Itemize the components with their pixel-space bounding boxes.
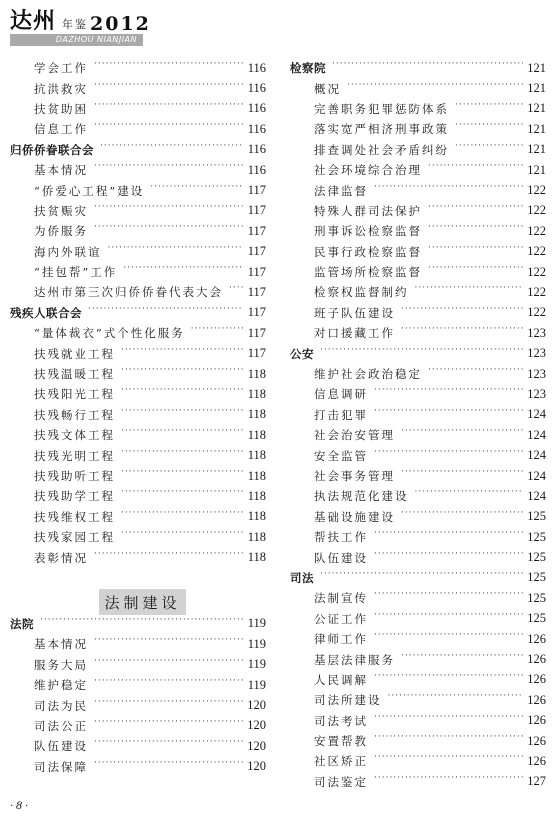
toc-page-number: 117 xyxy=(243,224,266,239)
toc-entry-label: 扶残助听工程 xyxy=(10,468,121,484)
dot-leader xyxy=(100,144,243,156)
dot-leader xyxy=(374,755,523,767)
toc-entry[interactable]: 社会事务管理124 xyxy=(290,466,546,486)
dot-leader xyxy=(428,368,523,380)
toc-page-number: 126 xyxy=(523,734,546,749)
dot-leader xyxy=(108,246,244,258)
toc-entry[interactable]: 监管场所检察监督122 xyxy=(290,262,546,282)
toc-entry[interactable]: 对口援藏工作123 xyxy=(290,323,546,343)
toc-entry[interactable]: 检察权监督制约122 xyxy=(290,282,546,302)
toc-entry-label: 安全监管 xyxy=(290,448,374,464)
toc-entry[interactable]: 司法鉴定127 xyxy=(290,772,546,792)
logo-year: 2012 xyxy=(90,13,151,35)
toc-page-number: 124 xyxy=(523,469,546,484)
toc-entry-label: 海内外联谊 xyxy=(10,244,108,260)
dot-leader xyxy=(401,327,523,339)
toc-entry[interactable]: 概况121 xyxy=(290,78,546,98)
toc-page-number: 125 xyxy=(523,591,546,606)
toc-entry-label: 司法 xyxy=(290,570,320,586)
toc-entry-label: 基本情况 xyxy=(10,162,94,178)
toc-page-number: 118 xyxy=(243,509,266,524)
toc-entry-label: 安置帮教 xyxy=(290,733,374,749)
dot-leader xyxy=(320,572,523,584)
toc-page-number: 117 xyxy=(243,203,266,218)
toc-page-number: 120 xyxy=(243,698,266,713)
toc-entry-label: 扶残家园工程 xyxy=(10,529,121,545)
toc-entry[interactable]: 扶残家园工程118 xyxy=(10,527,266,547)
page-number: · 8 · xyxy=(10,798,28,813)
toc-entry[interactable]: 扶残温暖工程118 xyxy=(10,364,266,384)
toc-entry[interactable]: 班子队伍建设122 xyxy=(290,303,546,323)
dot-leader xyxy=(374,613,523,625)
dot-leader xyxy=(388,694,524,706)
toc-entry[interactable]: 维护稳定119 xyxy=(10,675,266,695)
toc-entry-label: 抗洪救灾 xyxy=(10,81,94,97)
toc-entry[interactable]: “侨爱心工程”建设117 xyxy=(10,180,266,200)
toc-entry-label: 帮扶工作 xyxy=(290,529,374,545)
toc-page-number: 122 xyxy=(523,244,546,259)
toc-entry-label: 监管场所检察监督 xyxy=(290,264,428,280)
toc-entry-label: “挂包帮”工作 xyxy=(10,264,123,280)
toc-entry[interactable]: 安置帮教126 xyxy=(290,731,546,751)
toc-entry[interactable]: 司法为民120 xyxy=(10,695,266,715)
toc-heading[interactable]: 法院119 xyxy=(10,614,266,634)
toc-entry[interactable]: 民事行政检察监督122 xyxy=(290,242,546,262)
dot-leader xyxy=(374,409,523,421)
dot-leader xyxy=(94,638,243,650)
toc-entry[interactable]: 维护社会政治稳定123 xyxy=(290,364,546,384)
toc-group-1: 学会工作116抗洪救灾116扶贫助困116信息工作116归侨侨眷联合会116基本… xyxy=(10,58,266,568)
toc-entry[interactable]: 排查调处社会矛盾纠纷121 xyxy=(290,140,546,160)
dot-leader xyxy=(121,429,243,441)
dot-leader xyxy=(320,348,523,360)
toc-page-number: 118 xyxy=(243,489,266,504)
dot-leader xyxy=(121,450,243,462)
toc-entry[interactable]: 刑事诉讼检察监督122 xyxy=(290,221,546,241)
toc-entry-label: 扶残温暖工程 xyxy=(10,366,121,382)
toc-heading[interactable]: 检察院121 xyxy=(290,58,546,78)
toc-page-number: 116 xyxy=(243,142,266,157)
toc-entry-label: 社会治安管理 xyxy=(290,427,401,443)
toc-entry[interactable]: 队伍建设120 xyxy=(10,736,266,756)
toc-page-number: 124 xyxy=(523,489,546,504)
toc-page-number: 118 xyxy=(243,407,266,422)
logo-title: 达州 xyxy=(10,4,56,35)
toc-entry[interactable]: 为侨服务117 xyxy=(10,221,266,241)
toc-entry[interactable]: 扶残文体工程118 xyxy=(10,425,266,445)
toc-entry-label: 扶贫助困 xyxy=(10,101,94,117)
yearbook-header: 达州 年鉴 2012 DAZHOU NIANJIAN xyxy=(10,4,145,48)
toc-entry-label: 基本情况 xyxy=(10,636,94,652)
toc-entry[interactable]: 扶残助学工程118 xyxy=(10,486,266,506)
toc-left-column: 学会工作116抗洪救灾116扶贫助困116信息工作116归侨侨眷联合会116基本… xyxy=(10,58,266,777)
dot-leader xyxy=(401,511,523,523)
dot-leader xyxy=(374,552,523,564)
toc-page-number: 116 xyxy=(243,122,266,137)
toc-heading[interactable]: 司法125 xyxy=(290,568,546,588)
toc-entry[interactable]: 信息调研123 xyxy=(290,384,546,404)
toc-entry-label: 司法公正 xyxy=(10,718,94,734)
toc-page-number: 121 xyxy=(523,142,546,157)
toc-entry-label: “侨爱心工程”建设 xyxy=(10,183,150,199)
toc-entry[interactable]: 达州市第三次归侨侨眷代表大会117 xyxy=(10,282,266,302)
toc-entry-label: 信息调研 xyxy=(290,386,374,402)
toc-entry-label: 维护稳定 xyxy=(10,677,94,693)
toc-heading[interactable]: 归侨侨眷联合会116 xyxy=(10,140,266,160)
toc-entry[interactable]: 执法规范化建设124 xyxy=(290,486,546,506)
dot-leader xyxy=(94,761,243,773)
dot-leader xyxy=(428,205,523,217)
toc-entry[interactable]: 学会工作116 xyxy=(10,58,266,78)
toc-page-number: 119 xyxy=(243,637,266,652)
toc-page-number: 125 xyxy=(523,530,546,545)
toc-entry[interactable]: 扶残就业工程117 xyxy=(10,343,266,363)
logo-subtitle: 年鉴 xyxy=(62,16,88,32)
dot-leader xyxy=(428,246,523,258)
toc-page-number: 121 xyxy=(523,122,546,137)
toc-entry[interactable]: 打击犯罪124 xyxy=(290,405,546,425)
dot-leader xyxy=(121,490,243,502)
toc-page-number: 116 xyxy=(243,81,266,96)
toc-entry[interactable]: 扶残助听工程118 xyxy=(10,466,266,486)
toc-page-number: 118 xyxy=(243,530,266,545)
toc-page-number: 126 xyxy=(523,672,546,687)
toc-page-number: 122 xyxy=(523,224,546,239)
toc-page-number: 117 xyxy=(243,326,266,341)
toc-page-number: 122 xyxy=(523,203,546,218)
dot-leader xyxy=(121,531,243,543)
toc-page-number: 120 xyxy=(243,759,266,774)
dot-leader xyxy=(121,388,243,400)
toc-entry[interactable]: 完善职务犯罪惩防体系121 xyxy=(290,99,546,119)
dot-leader xyxy=(374,674,523,686)
toc-page-number: 118 xyxy=(243,367,266,382)
toc-entry[interactable]: 队伍建设125 xyxy=(290,547,546,567)
toc-entry-label: 扶残光明工程 xyxy=(10,448,121,464)
dot-leader xyxy=(229,286,243,298)
toc-entry[interactable]: 扶残维权工程118 xyxy=(10,507,266,527)
toc-entry[interactable]: 社会治安管理124 xyxy=(290,425,546,445)
dot-leader xyxy=(415,490,524,502)
toc-entry[interactable]: 海内外联谊117 xyxy=(10,242,266,262)
dot-leader xyxy=(455,144,523,156)
toc-entry-label: 特殊人群司法保护 xyxy=(290,203,428,219)
toc-page-number: 117 xyxy=(243,346,266,361)
toc-heading[interactable]: 公安123 xyxy=(290,343,546,363)
toc-page-number: 124 xyxy=(523,428,546,443)
dot-leader xyxy=(428,266,523,278)
toc-entry-label: 法制宣传 xyxy=(290,590,374,606)
dot-leader xyxy=(374,715,523,727)
dot-leader xyxy=(374,735,523,747)
toc-page-number: 124 xyxy=(523,448,546,463)
toc-entry-label: 班子队伍建设 xyxy=(290,305,401,321)
toc-entry-label: 人民调解 xyxy=(290,672,374,688)
toc-entry[interactable]: 服务大局119 xyxy=(10,655,266,675)
toc-page-number: 123 xyxy=(523,326,546,341)
dot-leader xyxy=(428,225,523,237)
toc-entry-label: 维护社会政治稳定 xyxy=(290,366,428,382)
toc-entry-label: 扶残畅行工程 xyxy=(10,407,121,423)
toc-page-number: 119 xyxy=(243,657,266,672)
toc-entry[interactable]: 公证工作125 xyxy=(290,609,546,629)
toc-page-number: 125 xyxy=(523,550,546,565)
dot-leader xyxy=(415,286,524,298)
toc-entry-label: 法院 xyxy=(10,616,40,632)
toc-entry-label: 对口援藏工作 xyxy=(290,325,401,341)
toc-page-number: 117 xyxy=(243,244,266,259)
toc-entry[interactable]: 司法保障120 xyxy=(10,757,266,777)
dot-leader xyxy=(94,123,243,135)
toc-page-number: 117 xyxy=(243,183,266,198)
toc-entry[interactable]: 司法所建设126 xyxy=(290,690,546,710)
section-banner: 法制建设 xyxy=(99,589,186,615)
toc-entry-label: 表彰情况 xyxy=(10,550,94,566)
dot-leader xyxy=(401,307,523,319)
toc-entry[interactable]: 基础设施建设125 xyxy=(290,507,546,527)
dot-leader xyxy=(94,700,243,712)
dot-leader xyxy=(428,164,523,176)
toc-entry-label: 信息工作 xyxy=(10,121,94,137)
toc-page-number: 118 xyxy=(243,428,266,443)
dot-leader xyxy=(374,185,523,197)
toc-page-number: 123 xyxy=(523,346,546,361)
toc-entry[interactable]: “挂包帮”工作117 xyxy=(10,262,266,282)
dot-leader xyxy=(94,83,243,95)
toc-entry-label: 扶残阳光工程 xyxy=(10,386,121,402)
toc-entry-label: 队伍建设 xyxy=(290,550,374,566)
dot-leader xyxy=(401,654,523,666)
toc-entry-label: 排查调处社会矛盾纠纷 xyxy=(290,142,455,158)
toc-page-number: 124 xyxy=(523,407,546,422)
toc-entry-label: 残疾人联合会 xyxy=(10,305,88,321)
toc-page-number: 121 xyxy=(523,61,546,76)
dot-leader xyxy=(374,388,523,400)
toc-entry-label: 为侨服务 xyxy=(10,223,94,239)
toc-entry-label: 司法保障 xyxy=(10,759,94,775)
toc-page-number: 126 xyxy=(523,693,546,708)
dot-leader xyxy=(94,740,243,752)
toc-page-number: 127 xyxy=(523,774,546,789)
toc-group-right: 检察院121概况121完善职务犯罪惩防体系121落实宽严相济刑事政策121排查调… xyxy=(290,58,546,792)
dot-leader xyxy=(94,552,243,564)
toc-group-2: 法院119基本情况119服务大局119维护稳定119司法为民120司法公正120… xyxy=(10,614,266,777)
dot-leader xyxy=(121,511,243,523)
toc-entry[interactable]: 帮扶工作125 xyxy=(290,527,546,547)
toc-entry[interactable]: 司法考试126 xyxy=(290,711,546,731)
dot-leader xyxy=(455,103,523,115)
dot-leader xyxy=(94,659,243,671)
toc-entry-label: 检察权监督制约 xyxy=(290,284,415,300)
dot-leader xyxy=(374,592,523,604)
toc-page-number: 123 xyxy=(523,387,546,402)
toc-entry[interactable]: 社区矫正126 xyxy=(290,751,546,771)
toc-entry[interactable]: 表彰情况118 xyxy=(10,547,266,567)
dot-leader xyxy=(401,429,523,441)
toc-page-number: 117 xyxy=(243,305,266,320)
dot-leader xyxy=(332,62,523,74)
toc-entry[interactable]: 扶残畅行工程118 xyxy=(10,405,266,425)
dot-leader xyxy=(94,225,243,237)
toc-entry-label: 学会工作 xyxy=(10,60,94,76)
toc-entry[interactable]: 扶残光明工程118 xyxy=(10,445,266,465)
toc-page-number: 116 xyxy=(243,61,266,76)
dot-leader xyxy=(94,205,243,217)
dot-leader xyxy=(94,164,243,176)
toc-entry[interactable]: 人民调解126 xyxy=(290,670,546,690)
toc-page-number: 121 xyxy=(523,81,546,96)
toc-page-number: 117 xyxy=(243,285,266,300)
dot-leader xyxy=(94,720,243,732)
toc-page-number: 126 xyxy=(523,652,546,667)
toc-page-number: 120 xyxy=(243,739,266,754)
toc-heading[interactable]: 残疾人联合会117 xyxy=(10,303,266,323)
toc-entry-label: 律师工作 xyxy=(290,631,374,647)
toc-entry[interactable]: 扶贫赈灾117 xyxy=(10,201,266,221)
toc-entry-label: 社会事务管理 xyxy=(290,468,401,484)
toc-entry-label: “量体裁衣”式个性化服务 xyxy=(10,325,191,341)
toc-entry-label: 司法考试 xyxy=(290,713,374,729)
dot-leader xyxy=(94,679,243,691)
toc-entry-label: 公安 xyxy=(290,346,320,362)
toc-page-number: 117 xyxy=(243,265,266,280)
toc-page-number: 126 xyxy=(523,632,546,647)
dot-leader xyxy=(94,62,243,74)
logo-pinyin: DAZHOU NIANJIAN xyxy=(56,34,137,46)
toc-page-number: 125 xyxy=(523,611,546,626)
dot-leader xyxy=(94,103,243,115)
toc-entry-label: 公证工作 xyxy=(290,611,374,627)
dot-leader xyxy=(121,348,243,360)
toc-entry[interactable]: 社会环境综合治理121 xyxy=(290,160,546,180)
dot-leader xyxy=(374,776,523,788)
toc-page-number: 118 xyxy=(243,387,266,402)
toc-page-number: 126 xyxy=(523,754,546,769)
dot-leader xyxy=(191,327,243,339)
logo-bar: DAZHOU NIANJIAN xyxy=(10,34,143,46)
toc-entry-label: 刑事诉讼检察监督 xyxy=(290,223,428,239)
toc-page-number: 123 xyxy=(523,367,546,382)
toc-page-number: 122 xyxy=(523,183,546,198)
toc-entry-label: 达州市第三次归侨侨眷代表大会 xyxy=(10,284,229,300)
dot-leader xyxy=(374,450,523,462)
toc-page-number: 121 xyxy=(523,101,546,116)
toc-entry-label: 基层法律服务 xyxy=(290,652,401,668)
toc-entry-label: 司法所建设 xyxy=(290,692,388,708)
toc-entry-label: 队伍建设 xyxy=(10,738,94,754)
toc-page-number: 125 xyxy=(523,509,546,524)
dot-leader xyxy=(121,409,243,421)
toc-entry-label: 归侨侨眷联合会 xyxy=(10,142,100,158)
toc-page-number: 118 xyxy=(243,448,266,463)
toc-page-number: 119 xyxy=(243,616,266,631)
toc-page-number: 125 xyxy=(523,570,546,585)
toc-page-number: 122 xyxy=(523,265,546,280)
toc-entry[interactable]: “量体裁衣”式个性化服务117 xyxy=(10,323,266,343)
toc-entry-label: 扶残维权工程 xyxy=(10,509,121,525)
dot-leader xyxy=(40,618,243,630)
toc-entry-label: 执法规范化建设 xyxy=(290,488,415,504)
toc-entry[interactable]: 扶残阳光工程118 xyxy=(10,384,266,404)
toc-entry[interactable]: 法律监督122 xyxy=(290,180,546,200)
toc-entry-label: 扶贫赈灾 xyxy=(10,203,94,219)
toc-entry-label: 完善职务犯罪惩防体系 xyxy=(290,101,455,117)
toc-entry-label: 民事行政检察监督 xyxy=(290,244,428,260)
toc-page-number: 116 xyxy=(243,163,266,178)
toc-entry[interactable]: 安全监管124 xyxy=(290,445,546,465)
toc-entry[interactable]: 律师工作126 xyxy=(290,629,546,649)
toc-entry-label: 扶残文体工程 xyxy=(10,427,121,443)
dot-leader xyxy=(401,470,523,482)
toc-entry-label: 检察院 xyxy=(290,60,332,76)
toc-entry-label: 落实宽严相济刑事政策 xyxy=(290,121,455,137)
toc-entry-label: 扶残助学工程 xyxy=(10,488,121,504)
toc-entry-label: 司法鉴定 xyxy=(290,774,374,790)
toc-entry[interactable]: 司法公正120 xyxy=(10,716,266,736)
toc-entry-label: 扶残就业工程 xyxy=(10,346,121,362)
toc-page-number: 121 xyxy=(523,163,546,178)
toc-entry[interactable]: 信息工作116 xyxy=(10,119,266,139)
dot-leader xyxy=(88,307,243,319)
dot-leader xyxy=(374,531,523,543)
toc-entry-label: 司法为民 xyxy=(10,698,94,714)
toc-page-number: 119 xyxy=(243,678,266,693)
dot-leader xyxy=(121,368,243,380)
toc-page-number: 122 xyxy=(523,305,546,320)
dot-leader xyxy=(455,123,523,135)
toc-page-number: 126 xyxy=(523,713,546,728)
dot-leader xyxy=(374,633,523,645)
toc-entry-label: 法律监督 xyxy=(290,183,374,199)
dot-leader xyxy=(347,83,523,95)
toc-page-number: 120 xyxy=(243,718,266,733)
toc-page-number: 118 xyxy=(243,469,266,484)
toc-entry[interactable]: 基层法律服务126 xyxy=(290,649,546,669)
dot-leader xyxy=(150,185,243,197)
toc-entry-label: 社会环境综合治理 xyxy=(290,162,428,178)
toc-entry-label: 基础设施建设 xyxy=(290,509,401,525)
toc-entry[interactable]: 基本情况119 xyxy=(10,634,266,654)
toc-entry[interactable]: 法制宣传125 xyxy=(290,588,546,608)
toc-entry[interactable]: 扶贫助困116 xyxy=(10,99,266,119)
toc-entry-label: 服务大局 xyxy=(10,657,94,673)
toc-entry[interactable]: 特殊人群司法保护122 xyxy=(290,201,546,221)
toc-entry-label: 概况 xyxy=(290,81,347,97)
toc-page-number: 118 xyxy=(243,550,266,565)
dot-leader xyxy=(123,266,243,278)
toc-right-column: 检察院121概况121完善职务犯罪惩防体系121落实宽严相济刑事政策121排查调… xyxy=(290,58,546,792)
toc-entry[interactable]: 落实宽严相济刑事政策121 xyxy=(290,119,546,139)
toc-entry[interactable]: 基本情况116 xyxy=(10,160,266,180)
toc-entry-label: 打击犯罪 xyxy=(290,407,374,423)
toc-page-number: 122 xyxy=(523,285,546,300)
dot-leader xyxy=(121,470,243,482)
toc-entry-label: 社区矫正 xyxy=(290,753,374,769)
toc-entry[interactable]: 抗洪救灾116 xyxy=(10,78,266,98)
toc-page-number: 116 xyxy=(243,101,266,116)
